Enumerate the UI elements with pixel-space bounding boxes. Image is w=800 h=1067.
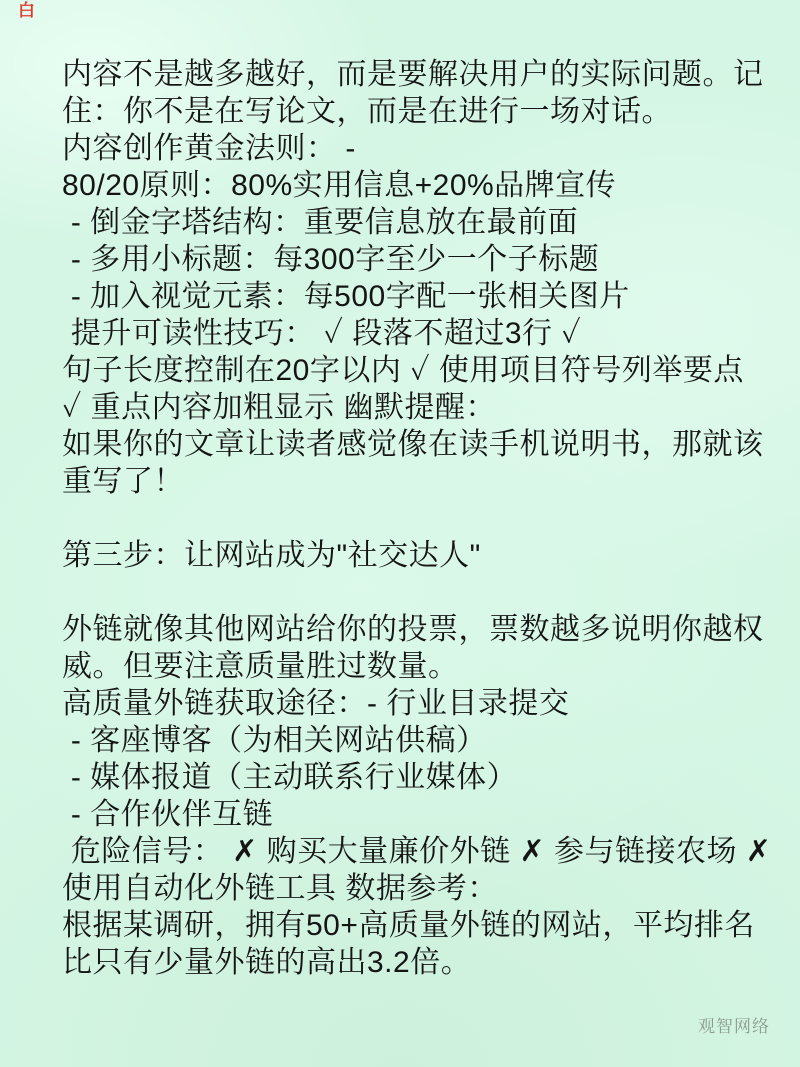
- text-line: 80/20原则：80%实用信息+20%品牌宣传: [62, 167, 762, 204]
- text-line: - 加入视觉元素：每500字配一张相关图片: [62, 278, 762, 315]
- text-line: - 合作伙伴互链: [62, 796, 762, 833]
- text-line: 内容不是越多越好，而是要解决用户的实际问题。记: [62, 56, 762, 93]
- text-line: 第三步：让网站成为"社交达人": [62, 537, 762, 574]
- text-line: 提升可读性技巧： ✓ 段落不超过3行 ✓: [62, 315, 762, 352]
- text-line: - 多用小标题：每300字至少一个子标题: [62, 241, 762, 278]
- text-line: 外链就像其他网站给你的投票，票数越多说明你越权: [62, 611, 762, 648]
- text-line: 使用自动化外链工具 数据参考：: [62, 870, 762, 907]
- text-line: - 媒体报道（主动联系行业媒体）: [62, 759, 762, 796]
- article-text: 内容不是越多越好，而是要解决用户的实际问题。记住：你不是在写论文，而是在进行一场…: [62, 56, 762, 981]
- text-line: - 客座博客（为相关网站供稿）: [62, 722, 762, 759]
- text-line: 比只有少量外链的高出3.2倍。: [62, 944, 762, 981]
- text-line: [62, 500, 762, 537]
- text-line: 重写了！: [62, 463, 762, 500]
- watermark-label: 观智网络: [698, 1012, 770, 1037]
- corner-stamp: 白: [18, 2, 35, 19]
- text-line: 危险信号： ✗ 购买大量廉价外链 ✗ 参与链接农场 ✗: [62, 833, 762, 870]
- text-line: 如果你的文章让读者感觉像在读手机说明书，那就该: [62, 426, 762, 463]
- text-line: - 倒金字塔结构：重要信息放在最前面: [62, 204, 762, 241]
- text-line: 高质量外链获取途径：- 行业目录提交: [62, 685, 762, 722]
- text-line: 根据某调研，拥有50+高质量外链的网站，平均排名: [62, 907, 762, 944]
- text-line: [62, 574, 762, 611]
- text-line: ✓ 重点内容加粗显示 幽默提醒：: [62, 389, 762, 426]
- text-line: 威。但要注意质量胜过数量。: [62, 648, 762, 685]
- text-line: 住：你不是在写论文，而是在进行一场对话。: [62, 93, 762, 130]
- text-line: 句子长度控制在20字以内 ✓ 使用项目符号列举要点: [62, 352, 762, 389]
- text-line: 内容创作黄金法则： -: [62, 130, 762, 167]
- text-image-page: 白 内容不是越多越好，而是要解决用户的实际问题。记住：你不是在写论文，而是在进行…: [0, 0, 800, 1067]
